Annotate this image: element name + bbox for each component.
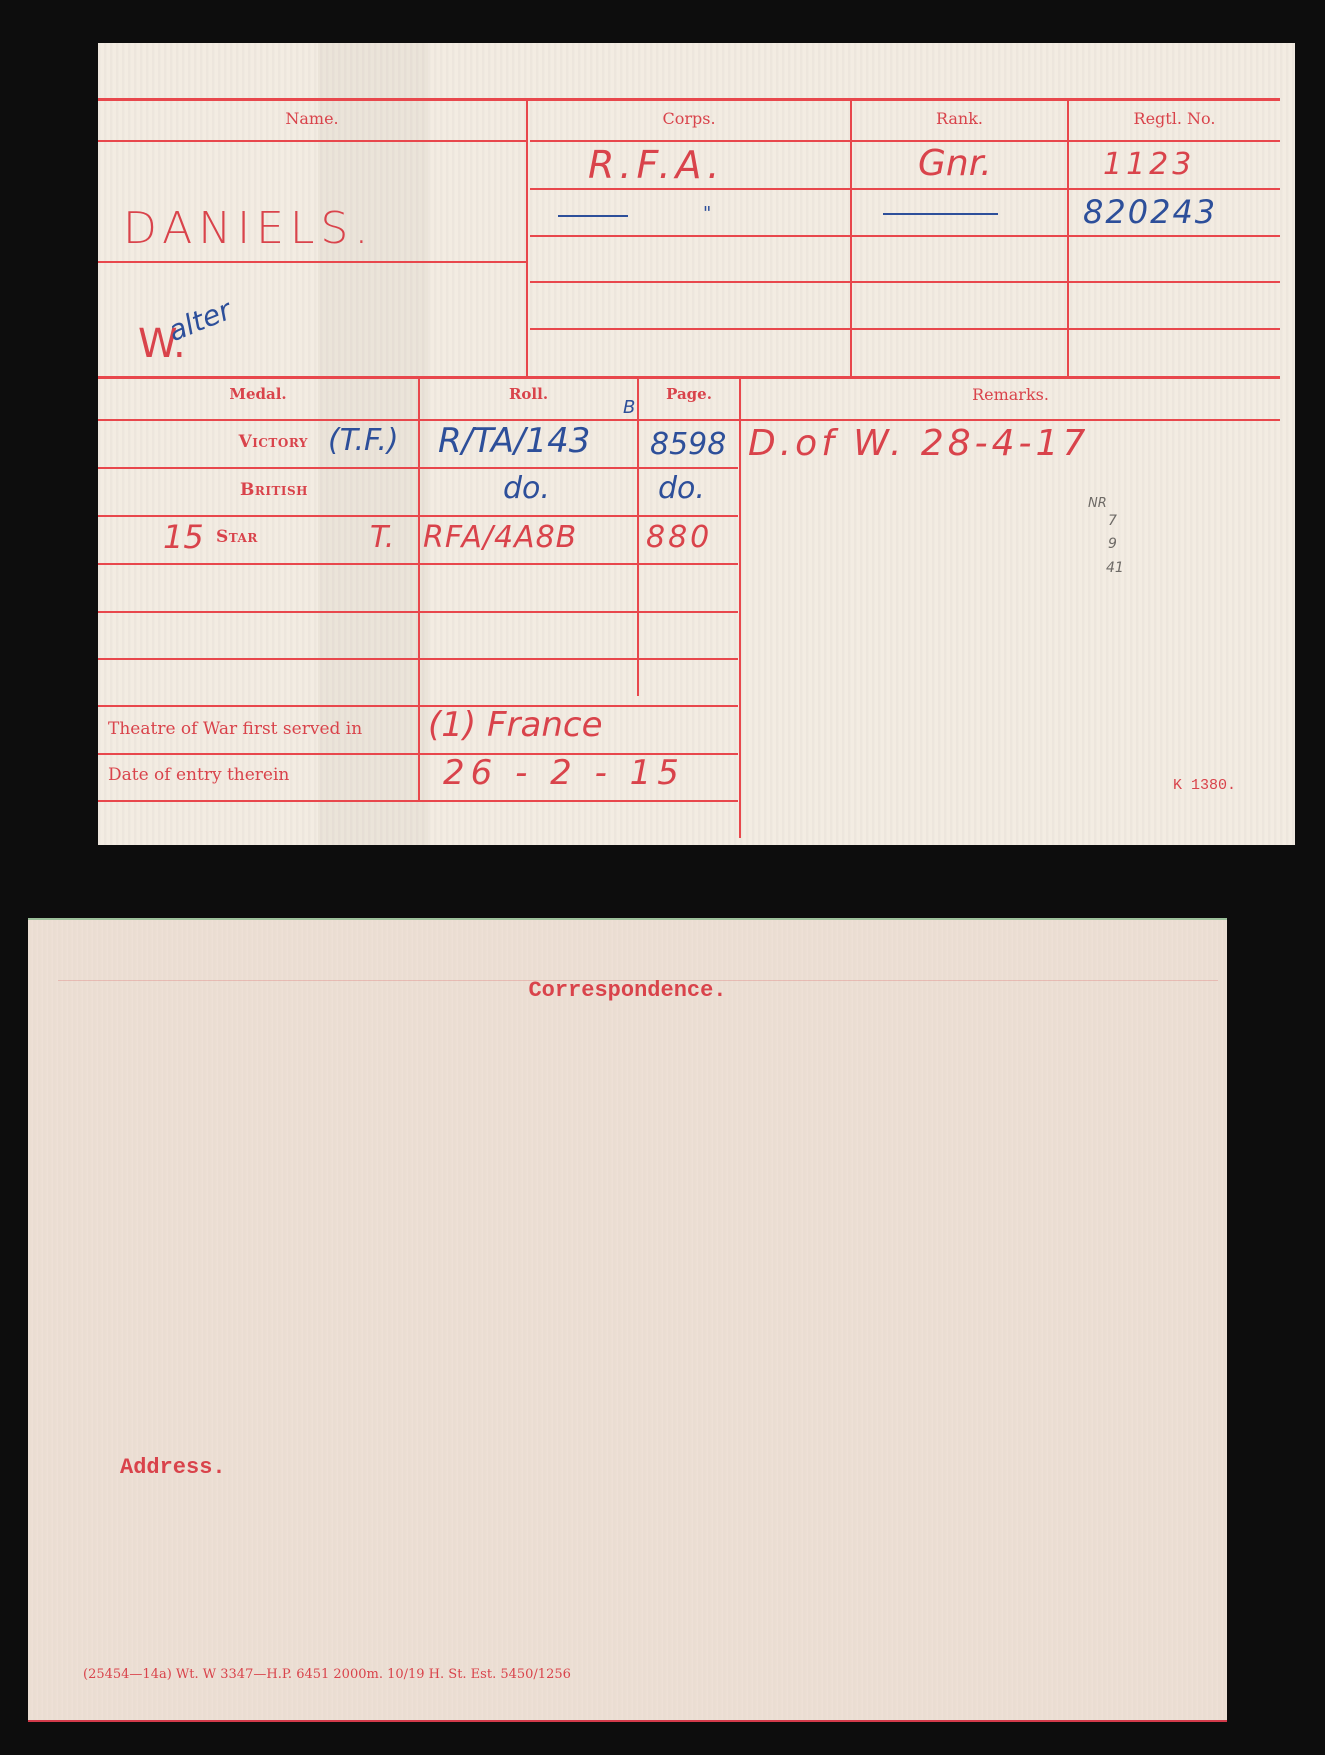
medal-index-card-front: Name. Corps. Rank. Regtl. No. Medal. Rol… [98, 43, 1295, 845]
rank-value: Gnr. [918, 143, 992, 184]
header-page: Page. [639, 385, 739, 403]
theatre-value: (1) France [428, 705, 603, 745]
printer-footer: (25454—14a) Wt. W 3347—H.P. 6451 2000m. … [83, 1667, 983, 1682]
header-remarks: Remarks. [741, 385, 1280, 404]
col-divider [526, 98, 528, 378]
regtl-no-value-2: 820243 [1083, 193, 1217, 231]
ditto-mark: " [703, 203, 711, 224]
header-roll: Roll. [420, 385, 637, 403]
col-divider [637, 378, 639, 696]
rule-mid [98, 376, 1280, 379]
rule [98, 261, 526, 263]
pencil-note-4: 41 [1106, 560, 1124, 576]
rule [530, 188, 1280, 190]
correspondence-heading: Correspondence. [28, 978, 1227, 1003]
date-label: Date of entry therein [108, 765, 418, 785]
victory-roll-superscript: B [623, 397, 635, 418]
rule [530, 281, 1280, 283]
medal-label-victory: Victory [98, 432, 308, 452]
col-divider [418, 378, 420, 802]
regtl-no-value: 1123 [1103, 147, 1195, 182]
header-name: Name. [98, 109, 526, 128]
date-value: 26 - 2 - 15 [443, 753, 685, 793]
victory-page: 8598 [650, 427, 726, 462]
star-prefix: 15 [163, 518, 204, 556]
col-divider [739, 378, 741, 838]
medal-label-star: Star [216, 527, 316, 547]
pencil-note-2: 7 [1108, 513, 1117, 529]
rule [530, 328, 1280, 330]
surname: DANIELS. [123, 203, 374, 254]
pencil-note-1: NR [1088, 496, 1107, 511]
rule [98, 419, 1280, 421]
form-number: K 1380. [1173, 777, 1283, 794]
header-rank: Rank. [852, 109, 1067, 128]
medal-index-card-back: Correspondence. Address. (25454—14a) Wt.… [28, 918, 1227, 1722]
rule [98, 140, 526, 142]
rule-top [98, 98, 1280, 101]
british-page: do. [658, 471, 705, 506]
address-label: Address. [120, 1455, 320, 1480]
british-roll: do. [503, 471, 550, 506]
forename-rest: alter [164, 293, 236, 348]
star-roll-note: T. [370, 520, 394, 555]
ditto-dash [558, 215, 628, 217]
pencil-note-3: 9 [1108, 536, 1117, 552]
corps-value: R.F.A. [588, 143, 724, 187]
header-regtl-no: Regtl. No. [1069, 109, 1280, 128]
victory-roll-note: (T.F.) [328, 423, 399, 458]
header-corps: Corps. [528, 109, 850, 128]
rank-dash [883, 213, 998, 215]
medal-label-british: British [98, 480, 308, 500]
col-divider [850, 98, 852, 378]
header-medal: Medal. [98, 385, 418, 403]
theatre-label: Theatre of War first served in [108, 719, 418, 739]
star-roll: RFA/4A8B [423, 520, 577, 555]
rule [530, 140, 1280, 142]
star-page: 880 [646, 520, 712, 555]
victory-roll: R/TA/143 [438, 421, 590, 461]
rule [530, 235, 1280, 237]
col-divider [1067, 98, 1069, 378]
remarks-line1: D.of W. 28-4-17 [748, 423, 1089, 464]
